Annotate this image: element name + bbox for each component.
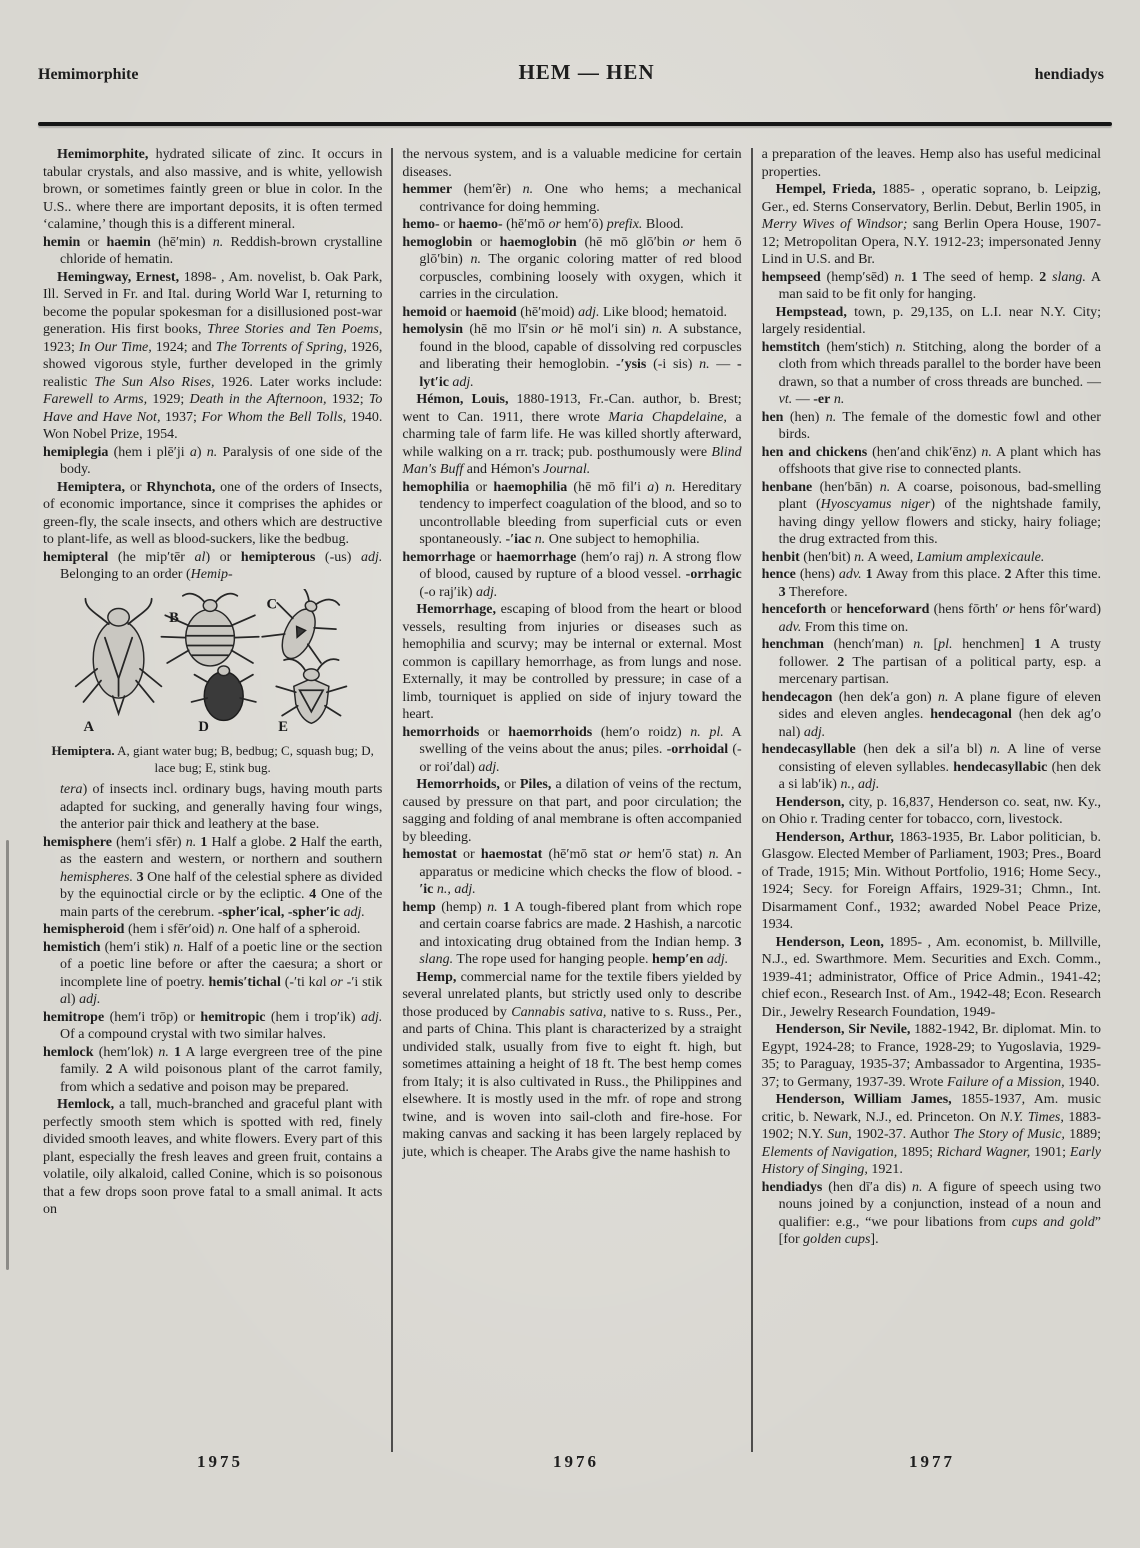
column-1: Hemimorphite, hydrated silicate of zinc.… bbox=[34, 146, 391, 1452]
continuation-paragraph: the nervous system, and is a valuable me… bbox=[402, 146, 741, 181]
text-columns: Hemimorphite, hydrated silicate of zinc.… bbox=[34, 146, 1110, 1452]
figure-caption: Hemiptera. A, giant water bug; B, bedbug… bbox=[43, 742, 382, 778]
dictionary-entry: hemorrhage or haemorrhage (hem′o raj) n.… bbox=[402, 549, 741, 602]
dictionary-entry: hemolysin (hē mo lī′sin or hē mol′i sin)… bbox=[402, 321, 741, 391]
dictionary-entry: Hemorrhoids, or Piles, a dilation of vei… bbox=[402, 776, 741, 846]
dictionary-entry: hemophilia or haemophilia (hē mō fil′i a… bbox=[402, 479, 741, 549]
dictionary-entry: Henderson, city, p. 16,837, Henderson co… bbox=[762, 794, 1101, 829]
dictionary-entry: hemlock (hem′lok) n. 1 A large evergreen… bbox=[43, 1044, 382, 1097]
dictionary-entry: hemostat or haemostat (hē′mō stat or hem… bbox=[402, 846, 741, 899]
page-number-left: 1975 bbox=[160, 1452, 280, 1472]
giant-water-bug-icon bbox=[75, 598, 161, 713]
scan-artifact bbox=[6, 840, 9, 1270]
figure-label-d: D bbox=[198, 719, 209, 735]
figure-label-a: A bbox=[83, 719, 94, 735]
dictionary-entry: Hempel, Frieda, 1885- , operatic soprano… bbox=[762, 181, 1101, 269]
dictionary-entry: Hempstead, town, p. 29,135, on L.I. near… bbox=[762, 304, 1101, 339]
dictionary-page: Hemimorphite HEM — HEN hendiadys Hemimor… bbox=[0, 0, 1140, 1548]
column-3: a preparation of the leaves. Hemp also h… bbox=[753, 146, 1110, 1452]
dictionary-entry: hendecagon (hen dek′a gon) n. A plane fi… bbox=[762, 689, 1101, 742]
dictionary-entry: Hemp, commercial name for the textile fi… bbox=[402, 969, 741, 1162]
dictionary-entry: hemin or haemin (hē′min) n. Reddish-brow… bbox=[43, 234, 382, 269]
dictionary-entry: Hemlock, a tall, much-branched and grace… bbox=[43, 1096, 382, 1219]
dictionary-entry: hendiadys (hen dī′a dis) n. A figure of … bbox=[762, 1179, 1101, 1249]
dictionary-entry: hemorrhoids or haemorrhoids (hem′o roidz… bbox=[402, 724, 741, 777]
dictionary-entry: hemmer (hem′ẽr) n. One who hems; a mecha… bbox=[402, 181, 741, 216]
dictionary-entry: hemitrope (hem′i trōp) or hemitropic (he… bbox=[43, 1009, 382, 1044]
dictionary-entry: henbit (hen′bit) n. A weed, Lamium ample… bbox=[762, 549, 1101, 567]
dictionary-entry: Henderson, Leon, 1895- , Am. economist, … bbox=[762, 934, 1101, 1022]
dictionary-entry: Hemingway, Ernest, 1898- , Am. novelist,… bbox=[43, 269, 382, 444]
dictionary-entry: hemo- or haemo- (hē′mō or hem′ō) prefix.… bbox=[402, 216, 741, 234]
dictionary-entry: hemisphere (hem′i sfēr) n. 1 Half a glob… bbox=[43, 834, 382, 922]
page-header: Hemimorphite HEM — HEN hendiadys bbox=[38, 60, 1104, 85]
figure-label-e: E bbox=[278, 719, 288, 735]
dictionary-entry: hence (hens) adv. 1 Away from this place… bbox=[762, 566, 1101, 601]
column-divider-1 bbox=[391, 148, 393, 1452]
page-number-right: 1977 bbox=[872, 1452, 992, 1472]
lace-bug-icon bbox=[191, 665, 255, 720]
dictionary-entry: Henderson, Arthur, 1863-1935, Br. Labor … bbox=[762, 829, 1101, 934]
figure-label-b: B bbox=[169, 610, 179, 626]
dictionary-entry: hemispheroid (hem i sfēr′oid) n. One hal… bbox=[43, 921, 382, 939]
dictionary-entry: hempseed (hemp′sēd) n. 1 The seed of hem… bbox=[762, 269, 1101, 304]
dictionary-entry: Henderson, William James, 1855-1937, Am.… bbox=[762, 1091, 1101, 1179]
column-divider-2 bbox=[751, 148, 753, 1452]
header-guide-word-right: hendiadys bbox=[1035, 66, 1104, 84]
bedbug-icon bbox=[161, 593, 258, 665]
dictionary-entry: Hemiptera, or Rhynchota, one of the orde… bbox=[43, 479, 382, 549]
stink-bug-icon bbox=[276, 659, 346, 723]
continuation-paragraph: tera) of insects incl. ordinary bugs, ha… bbox=[43, 781, 382, 834]
dictionary-entry: hemoid or haemoid (hē′moid) adj. Like bl… bbox=[402, 304, 741, 322]
dictionary-entry: Henderson, Sir Nevile, 1882-1942, Br. di… bbox=[762, 1021, 1101, 1091]
figure-caption-text: A, giant water bug; B, bedbug; C, squash… bbox=[115, 743, 374, 775]
dictionary-entry: henbane (hen′bān) n. A coarse, poisonous… bbox=[762, 479, 1101, 549]
dictionary-entry: Hemimorphite, hydrated silicate of zinc.… bbox=[43, 146, 382, 234]
dictionary-entry: hemipteral (he mip′tēr al) or hemipterou… bbox=[43, 549, 382, 584]
dictionary-entry: Hémon, Louis, 1880-1913, Fr.-Can. author… bbox=[402, 391, 741, 479]
page-number-center: 1976 bbox=[516, 1452, 636, 1472]
column-2: the nervous system, and is a valuable me… bbox=[393, 146, 750, 1452]
dictionary-entry: Hemorrhage, escaping of blood from the h… bbox=[402, 601, 741, 724]
dictionary-entry: henceforth or henceforward (hens fōrth′ … bbox=[762, 601, 1101, 636]
dictionary-entry: hen and chickens (hen′and chik′ēnz) n. A… bbox=[762, 444, 1101, 479]
dictionary-entry: hen (hen) n. The female of the domestic … bbox=[762, 409, 1101, 444]
hemiptera-figure: A B C D E Hemiptera. A, giant water bug;… bbox=[43, 589, 382, 779]
dictionary-entry: henchman (hench′man) n. [pl. henchmen] 1… bbox=[762, 636, 1101, 689]
dictionary-entry: hemistich (hem′i stik) n. Half of a poet… bbox=[43, 939, 382, 1009]
hemiptera-illustration: A B C D E bbox=[62, 589, 364, 737]
continuation-paragraph: a preparation of the leaves. Hemp also h… bbox=[762, 146, 1101, 181]
dictionary-entry: hemoglobin or haemoglobin (hē mō glō′bin… bbox=[402, 234, 741, 304]
header-rule bbox=[38, 122, 1112, 126]
dictionary-entry: hemstitch (hem′stich) n. Stitching, alon… bbox=[762, 339, 1101, 409]
header-guide-word-left: Hemimorphite bbox=[38, 66, 138, 84]
figure-caption-lead: Hemiptera. bbox=[51, 743, 114, 758]
dictionary-entry: hendecasyllable (hen dek a sil′a bl) n. … bbox=[762, 741, 1101, 794]
figure-label-c: C bbox=[266, 596, 277, 612]
dictionary-entry: hemp (hemp) n. 1 A tough-fibered plant f… bbox=[402, 899, 741, 969]
dictionary-entry: hemiplegia (hem i plē′ji a) n. Paralysis… bbox=[43, 444, 382, 479]
header-title: HEM — HEN bbox=[138, 60, 1034, 85]
